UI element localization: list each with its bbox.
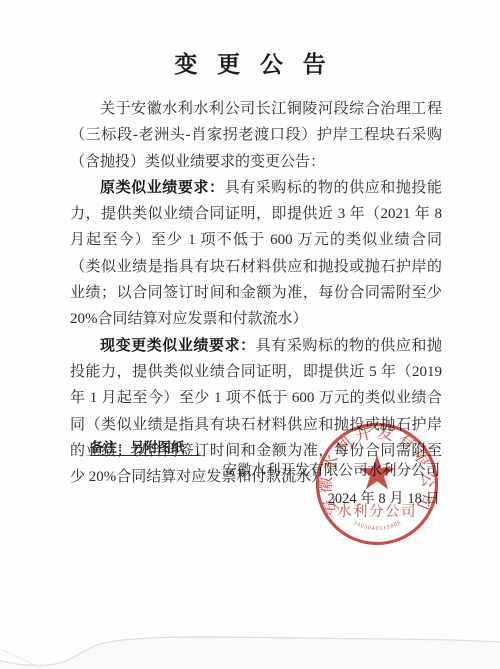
note-text: 备注：另附图纸: [90, 440, 201, 456]
table-background: [0, 637, 500, 669]
paper-bottom-edge: [0, 637, 500, 665]
paragraph-original-requirement: 原类似业绩要求：具有采购标的物的供应和抛投能力，提供类似业绩合同证明，即提供近 …: [70, 175, 442, 333]
paragraph-intro: 关于安徽水利水利公司长江铜陵河段综合治理工程（三标段-老洲头-肖家拐老渡口段）护…: [70, 96, 442, 175]
signature-block: 安徽水利开发有限公司水利分公司 2024 年 8 月 18 日: [223, 458, 441, 513]
paragraph-original-text: 具有采购标的物的供应和抛投能力，提供类似业绩合同证明，即提供近 3 年（2021…: [70, 180, 442, 327]
signature-date: 2024 年 8 月 18 日: [223, 486, 441, 514]
paragraph-original-lead: 原类似业绩要求：: [100, 180, 225, 196]
signature-company: 安徽水利开发有限公司水利分公司: [223, 458, 441, 486]
document-body: 关于安徽水利水利公司长江铜陵河段综合治理工程（三标段-老洲头-肖家拐老渡口段）护…: [0, 96, 500, 490]
paragraph-changed-lead: 现变更类似业绩要求：: [100, 338, 256, 354]
paragraph-intro-text: 关于安徽水利水利公司长江铜陵河段综合治理工程（三标段-老洲头-肖家拐老渡口段）护…: [70, 101, 442, 170]
note-line: 备注：另附图纸: [90, 436, 201, 456]
seal-serial-number: 3403040313806: [352, 520, 403, 533]
document-page: 变 更 公 告 关于安徽水利水利公司长江铜陵河段综合治理工程（三标段-老洲头-肖…: [0, 0, 500, 669]
paper-corner-fold: [2, 650, 42, 668]
document-title: 变 更 公 告: [0, 46, 500, 79]
